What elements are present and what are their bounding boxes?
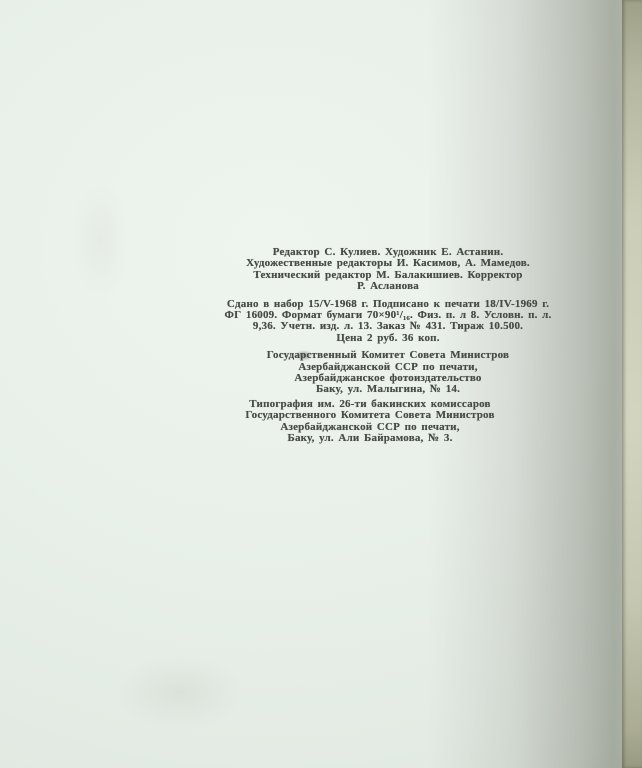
credits-line: Р. Асланова bbox=[133, 281, 642, 292]
book-page-photo: Редактор С. Кулиев. Художник Е. Астанин.… bbox=[0, 0, 642, 768]
colophon-text: Редактор С. Кулиев. Художник Е. Астанин.… bbox=[133, 247, 642, 445]
paper-stain bbox=[70, 180, 130, 300]
publisher-line: Государственный Комитет Совета Министров bbox=[133, 350, 642, 361]
printer-block: Типография им. 26-ти бакинских комиссаро… bbox=[115, 399, 625, 445]
printer-line: Баку, ул. Али Байрамова, № 3. bbox=[115, 433, 625, 444]
paper-stain bbox=[115, 655, 245, 730]
publisher-line: Баку, ул. Малыгина, № 14. bbox=[133, 384, 642, 395]
publisher-block: Государственный Комитет Совета Министров… bbox=[133, 350, 642, 396]
imprint-line: Цена 2 руб. 36 коп. bbox=[133, 333, 642, 344]
credits-block: Редактор С. Кулиев. Художник Е. Астанин.… bbox=[133, 247, 642, 293]
imprint-block: Сдано в набор 15/V-1968 г. Подписано к п… bbox=[133, 299, 642, 345]
